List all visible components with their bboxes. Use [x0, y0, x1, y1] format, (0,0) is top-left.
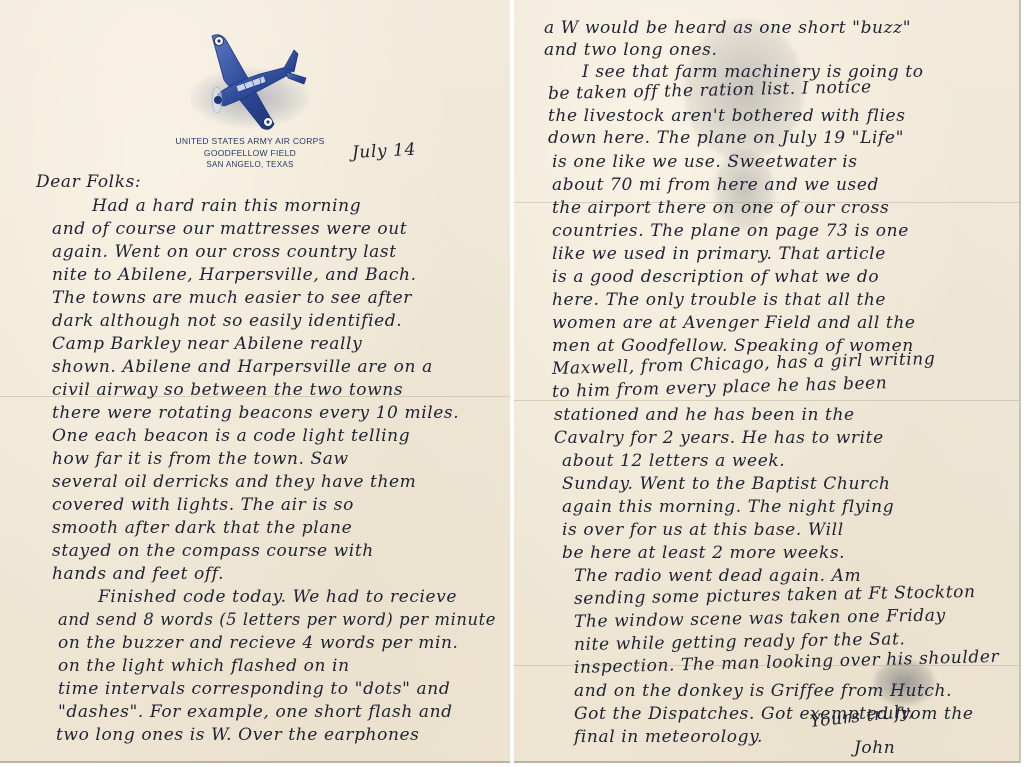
text-line: stayed on the compass course with — [52, 541, 374, 561]
text-line: The towns are much easier to see after — [52, 288, 412, 308]
text-line: shown. Abilene and Harpersville are on a — [52, 357, 433, 377]
text-line: down here. The plane on July 19 "Life" — [548, 128, 904, 148]
text-line: again. Went on our cross country last — [52, 242, 397, 262]
text-line: and two long ones. — [544, 40, 717, 60]
text-line: be here at least 2 more weeks. — [562, 543, 845, 563]
text-line: stationed and he has been in the — [554, 405, 855, 425]
text-line: time intervals corresponding to "dots" a… — [58, 679, 450, 699]
text-line: is over for us at this base. Will — [562, 520, 844, 540]
text-line: again this morning. The night flying — [562, 497, 894, 517]
text-line: on the light which flashed on in — [58, 656, 350, 676]
letter-page-2: a W would be heard as one short "buzz" a… — [514, 0, 1021, 763]
text-line: covered with lights. The air is so — [52, 495, 354, 515]
text-line: several oil derricks and they have them — [52, 472, 416, 492]
text-line: women are at Avenger Field and all the — [552, 313, 916, 333]
text-line: final in meteorology. — [574, 727, 763, 747]
text-line: Had a hard rain this morning — [92, 196, 361, 216]
signature: John — [854, 738, 895, 758]
text-line: civil airway so between the two towns — [52, 380, 403, 400]
text-line: is a good description of what we do — [552, 267, 879, 287]
text-line: "dashes". For example, one short flash a… — [58, 702, 453, 722]
text-line: a W would be heard as one short "buzz" — [544, 18, 911, 38]
text-line: and of course our mattresses were out — [52, 219, 407, 239]
text-line: The radio went dead again. Am — [574, 566, 861, 586]
letterhead: UNITED STATES ARMY AIR CORPS GOODFELLOW … — [150, 28, 350, 171]
letterhead-location: SAN ANGELO, TEXAS — [150, 159, 350, 171]
text-line: smooth after dark that the plane — [52, 518, 352, 538]
letter-date: July 14 — [351, 140, 416, 163]
text-line: about 12 letters a week. — [562, 451, 785, 471]
text-line: on the buzzer and recieve 4 words per mi… — [58, 633, 459, 653]
text-line: about 70 mi from here and we used — [552, 175, 879, 195]
text-line: The window scene was taken one Friday — [574, 606, 946, 632]
text-line: like we used in primary. That article — [552, 244, 886, 264]
text-line: sending some pictures taken at Ft Stockt… — [574, 582, 976, 609]
letterhead-emblem — [150, 28, 350, 133]
text-line: there were rotating beacons every 10 mil… — [52, 403, 459, 423]
letter-page-1: UNITED STATES ARMY AIR CORPS GOODFELLOW … — [0, 0, 510, 763]
text-line: here. The only trouble is that all the — [552, 290, 886, 310]
text-line: and on the donkey is Griffee from Hutch. — [574, 681, 952, 701]
text-line: Finished code today. We had to recieve — [98, 587, 457, 607]
text-line: nite to Abilene, Harpersville, and Bach. — [52, 265, 417, 285]
text-line: Sunday. Went to the Baptist Church — [562, 474, 890, 494]
text-line: dark although not so easily identified. — [52, 311, 402, 331]
text-line: the airport there on one of our cross — [552, 198, 889, 218]
text-line: and send 8 words (5 letters per word) pe… — [58, 610, 496, 630]
salutation: Dear Folks: — [36, 172, 141, 192]
text-line: Cavalry for 2 years. He has to write — [554, 428, 884, 448]
text-line: One each beacon is a code light telling — [52, 426, 410, 446]
text-line: the livestock aren't bothered with flies — [548, 106, 906, 126]
airplane-icon — [190, 28, 310, 133]
text-line: how far it is from the town. Saw — [52, 449, 349, 469]
letterhead-field: GOODFELLOW FIELD — [150, 147, 350, 159]
text-line: is one like we use. Sweetwater is — [552, 152, 858, 172]
text-line: hands and feet off. — [52, 564, 224, 584]
text-line: two long ones is W. Over the earphones — [56, 725, 419, 745]
text-line: countries. The plane on page 73 is one — [552, 221, 909, 241]
letterhead-org: UNITED STATES ARMY AIR CORPS — [150, 135, 350, 147]
text-line: Camp Barkley near Abilene really — [52, 334, 362, 354]
